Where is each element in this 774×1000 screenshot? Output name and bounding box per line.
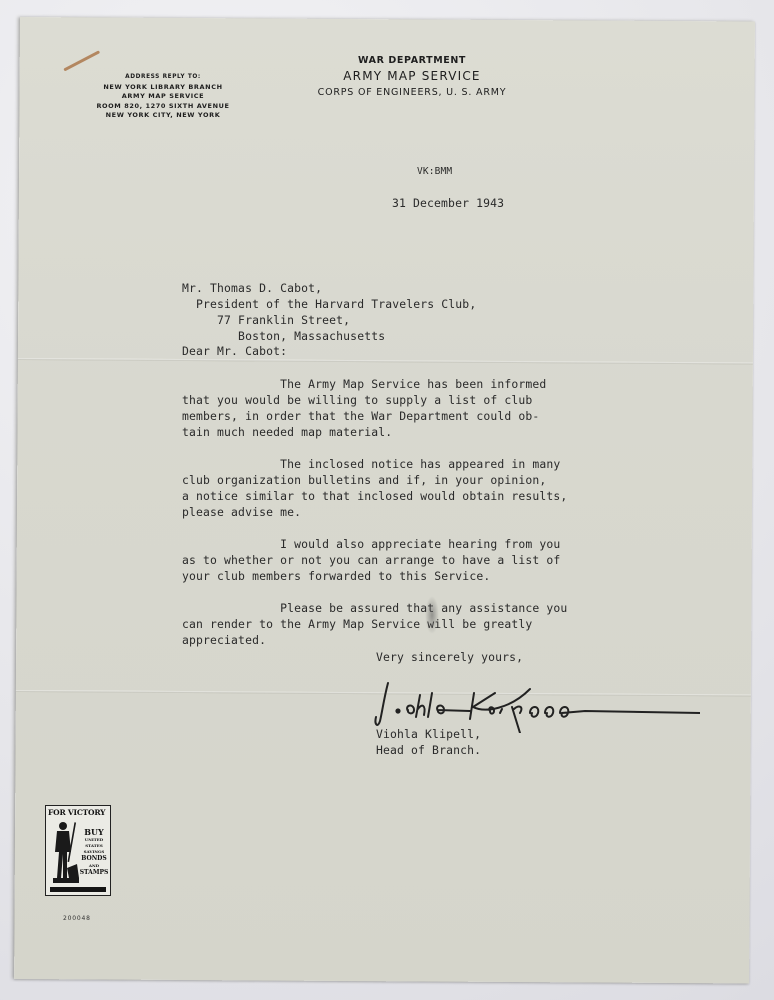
paragraph: The inclosed notice has appeared in many…: [182, 456, 567, 520]
letterhead-service: ARMY MAP SERVICE: [262, 69, 562, 83]
letterhead-department: WAR DEPARTMENT: [262, 55, 562, 66]
reply-address-line: NEW YORK LIBRARY BRANCH: [78, 83, 248, 93]
fold-line: [18, 358, 753, 364]
letter-body: The Army Map Service has been informed t…: [182, 376, 567, 648]
reply-address-line: ROOM 820, 1270 SIXTH AVENUE: [78, 102, 248, 112]
signer-block: Viohla Klipell,Head of Branch.: [376, 726, 481, 758]
recipient-line: Boston, Massachusetts: [182, 328, 476, 344]
recipient-line: 77 Franklin Street,: [182, 312, 476, 328]
paragraph: The Army Map Service has been informed t…: [182, 376, 567, 440]
signer-title: Head of Branch.: [376, 742, 481, 758]
handwritten-signature: [370, 673, 700, 733]
paragraph: I would also appreciate hearing from you…: [182, 536, 567, 584]
reply-address-line: NEW YORK CITY, NEW YORK: [78, 111, 248, 121]
staple-mark: [63, 50, 100, 71]
poster-base-bar: [50, 887, 106, 892]
form-number: 200048: [63, 915, 91, 922]
letter-date: 31 December 1943: [392, 195, 504, 211]
war-bonds-stamp: FOR VICTORY BUY UNITED STATES SAVINGS BO…: [45, 805, 111, 896]
salutation: Dear Mr. Cabot:: [182, 343, 287, 359]
reply-address-label: ADDRESS REPLY TO:: [78, 73, 248, 83]
letterhead: WAR DEPARTMENT ARMY MAP SERVICE CORPS OF…: [262, 55, 562, 98]
letterhead-corps: CORPS OF ENGINEERS, U. S. ARMY: [262, 87, 562, 98]
minuteman-figure-icon: [49, 818, 81, 890]
recipient-address: Mr. Thomas D. Cabot, President of the Ha…: [182, 280, 476, 344]
recipient-line: Mr. Thomas D. Cabot,: [182, 280, 476, 296]
ink-smudge: [425, 596, 439, 634]
reply-address-line: ARMY MAP SERVICE: [78, 92, 248, 102]
poster-text: BUY UNITED STATES SAVINGS BONDS AND STAM…: [79, 828, 109, 877]
reference-initials: VK:BMM: [417, 164, 452, 180]
recipient-line: President of the Harvard Travelers Club,: [182, 296, 476, 312]
paragraph: Please be assured that any assistance yo…: [182, 600, 567, 648]
closing: Very sincerely yours,: [376, 649, 523, 665]
reply-address: ADDRESS REPLY TO: NEW YORK LIBRARY BRANC…: [78, 73, 248, 121]
poster-title: FOR VICTORY: [48, 808, 105, 817]
signer-name: Viohla Klipell,: [376, 726, 481, 742]
